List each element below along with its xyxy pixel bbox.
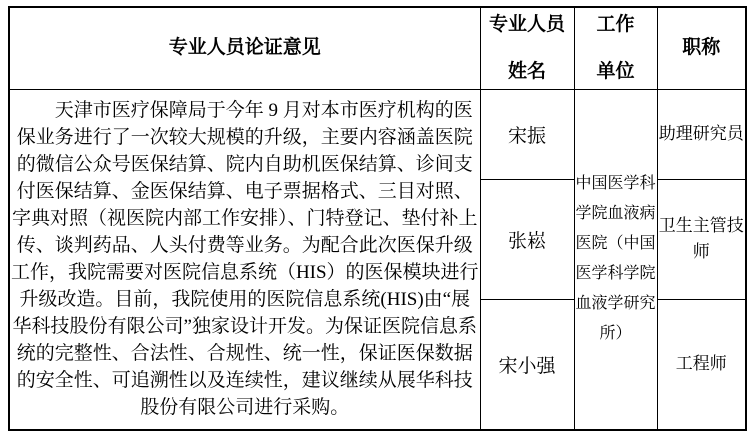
header-work-unit: 工作 单位: [574, 7, 657, 89]
personnel-title-cell: 工程师: [657, 299, 746, 430]
header-work-unit-lines: 工作 单位: [575, 15, 657, 81]
personnel-review-table: 专业人员论证意见 专业人员 姓名 工作 单位 职称 天津市医疗保障局于今年 9 …: [8, 6, 747, 431]
table-header-row: 专业人员论证意见 专业人员 姓名 工作 单位 职称: [9, 7, 746, 89]
personnel-name-cell: 张崧: [480, 179, 574, 299]
header-personnel-name-line2: 姓名: [508, 62, 546, 81]
header-title: 职称: [657, 7, 746, 89]
header-work-unit-line2: 单位: [596, 62, 634, 81]
personnel-name-cell: 宋振: [480, 89, 574, 179]
header-personnel-name-lines: 专业人员 姓名: [481, 15, 574, 81]
header-work-unit-line1: 工作: [596, 15, 634, 34]
personnel-title-cell: 卫生主管技师: [657, 179, 746, 299]
opinion-text: 天津市医疗保障局于今年 9 月对本市医疗机构的医保业务进行了一次较大规模的升级，…: [10, 97, 480, 421]
header-personnel-name-line1: 专业人员: [489, 15, 565, 34]
header-title-label: 职称: [682, 37, 720, 58]
opinion-cell: 天津市医疗保障局于今年 9 月对本市医疗机构的医保业务进行了一次较大规模的升级，…: [9, 89, 480, 430]
table-row: 天津市医疗保障局于今年 9 月对本市医疗机构的医保业务进行了一次较大规模的升级，…: [9, 89, 746, 179]
header-opinion: 专业人员论证意见: [9, 7, 480, 89]
header-opinion-label: 专业人员论证意见: [169, 37, 321, 58]
personnel-name-cell: 宋小强: [480, 299, 574, 430]
work-unit-cell: 中国医学科学院血液病医院（中国医学科学院血液学研究所）: [574, 89, 657, 430]
personnel-title-cell: 助理研究员: [657, 89, 746, 179]
header-personnel-name: 专业人员 姓名: [480, 7, 574, 89]
